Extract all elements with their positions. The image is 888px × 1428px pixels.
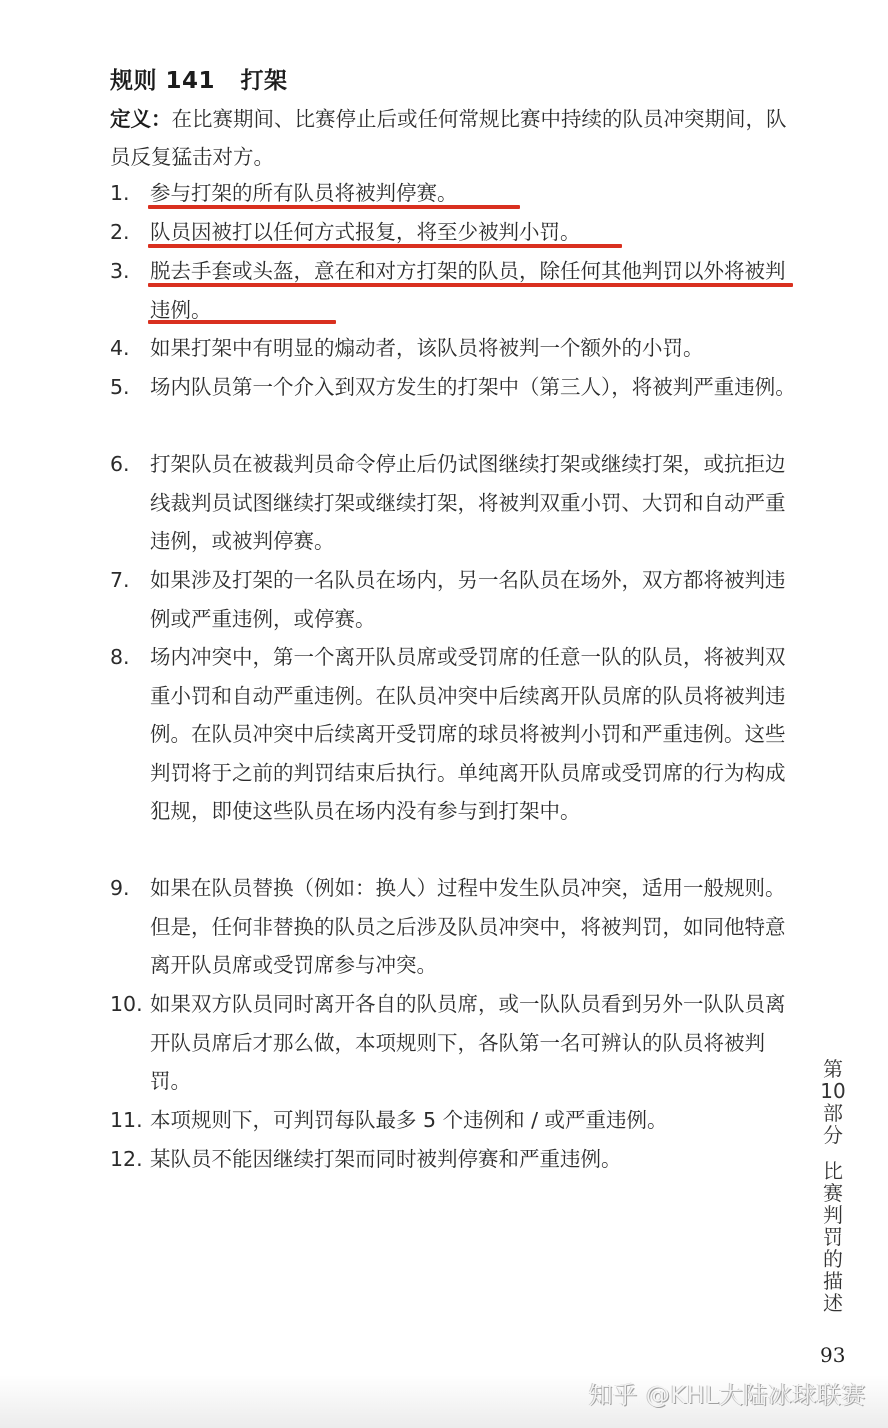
item-number: 2. <box>110 213 150 252</box>
side-char: 分 <box>820 1124 846 1146</box>
item-text: 如果双方队员同时离开各自的队员席，或一队队员看到另外一队队员离开队员席后才那么做… <box>150 985 800 1101</box>
item-number: 5. <box>110 368 150 407</box>
page-number: 93 <box>820 1343 845 1367</box>
highlight-underline-item-2 <box>148 244 622 248</box>
item-number: 8. <box>110 638 150 677</box>
item-number: 3. <box>110 252 150 291</box>
side-char: 的 <box>820 1248 846 1270</box>
item-number: 9. <box>110 869 150 908</box>
side-char: 判 <box>820 1204 846 1226</box>
side-char: 10 <box>820 1080 846 1102</box>
item-number: 6. <box>110 445 150 484</box>
watermark-text: 知乎 @KHL大陆冰球联赛 <box>589 1375 866 1410</box>
item-text: 打架队员在被裁判员命令停止后仍试图继续打架或继续打架，或抗拒边线裁判员试图继续打… <box>150 445 800 561</box>
item-text: 场内冲突中，第一个离开队员席或受罚席的任意一队的队员，将被判双重小罚和自动严重违… <box>150 638 800 831</box>
side-char: 部 <box>820 1102 846 1124</box>
item-number: 4. <box>110 329 150 368</box>
item-text: 如果打架中有明显的煽动者，该队员将被判一个额外的小罚。 <box>150 329 800 368</box>
definition-label: 定义： <box>110 107 172 131</box>
side-char: 赛 <box>820 1182 846 1204</box>
item-number: 10. <box>110 985 150 1024</box>
item-number: 1. <box>110 174 150 213</box>
chapter-side-label: 第 10 部 分 比 赛 判 罚 的 描 述 <box>820 1058 846 1314</box>
side-char: 述 <box>820 1292 846 1314</box>
item-text: 脱去手套或头盔，意在和对方打架的队员，除任何其他判罚以外将被判违例。 <box>150 252 800 329</box>
highlight-underline-item-3-line-1 <box>148 283 793 287</box>
item-text: 如果涉及打架的一名队员在场内，另一名队员在场外，双方都将被判违例或严重违例，或停… <box>150 561 800 638</box>
highlight-underline-item-1 <box>148 205 520 209</box>
item-text: 某队员不能因继续打架而同时被判停赛和严重违例。 <box>150 1140 800 1179</box>
side-char: 第 <box>820 1058 846 1080</box>
side-char: 比 <box>820 1160 846 1182</box>
highlight-underline-item-3-line-2 <box>148 320 336 324</box>
document-page: 规则 141 打架 定义：在比赛期间、比赛停止后或任何常规比赛中持续的队员冲突期… <box>0 0 888 1428</box>
rule-title: 规则 141 打架 <box>110 62 288 95</box>
side-char: 描 <box>820 1270 846 1292</box>
item-text: 本项规则下，可判罚每队最多 5 个违例和 / 或严重违例。 <box>150 1101 800 1140</box>
item-text: 场内队员第一个介入到双方发生的打架中（第三人），将被判严重违例。 <box>150 368 800 407</box>
rule-definition: 定义：在比赛期间、比赛停止后或任何常规比赛中持续的队员冲突期间，队员反复猛击对方… <box>110 100 790 176</box>
item-number: 11. <box>110 1101 150 1140</box>
item-text: 如果在队员替换（例如：换人）过程中发生队员冲突，适用一般规则。但是，任何非替换的… <box>150 869 800 985</box>
item-number: 7. <box>110 561 150 600</box>
side-char: 罚 <box>820 1226 846 1248</box>
item-number: 12. <box>110 1140 150 1179</box>
definition-text: 在比赛期间、比赛停止后或任何常规比赛中持续的队员冲突期间，队员反复猛击对方。 <box>110 107 787 169</box>
